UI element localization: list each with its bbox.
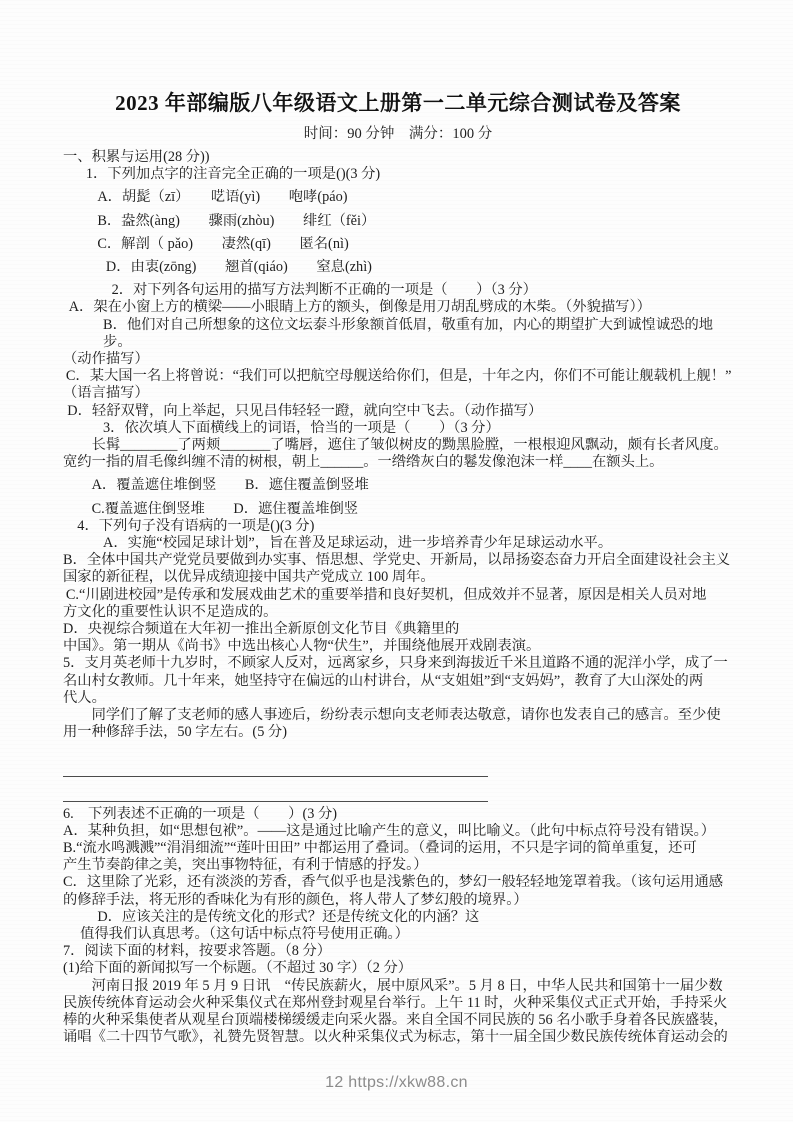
document-body: 一、积累与运用(28 分))1．下列加点字的注音完全正确的一项是()(3 分)A… <box>63 149 733 1046</box>
q3-passage-line-2: 宽约一指的眉毛像纠缠不清的树根，朝上______。一绺绺灰白的鬈发像泡沫一样__… <box>63 454 733 471</box>
emphasis-dotted-char: 匿 <box>299 236 313 252</box>
q4-option-b: B．全体中国共产党党员要做到办实事、悟思想、学党史、开新局，以昂扬姿态奋力开启全… <box>63 552 733 569</box>
q4-option-c-cont: 方文化的重要性认识不足造成的。 <box>63 604 733 621</box>
q2-option-c: C．某大国一名上将曾说：“我们可以把航空母舰送给你们，但是，十年之内，你们不可能… <box>63 368 733 385</box>
q7-material-line-2: 民族传统体育运动会火种采集仪式在郑州登封观星台举行。上午 11 时，火种采集仪式… <box>63 995 733 1012</box>
q1-option-c: C．解剖（ pǎo) 凄然(qī) 匿名(nì) <box>63 236 733 253</box>
emphasis-dotted-char: 翘 <box>225 259 239 275</box>
exam-meta: 时间：90 分钟 满分：100 分 <box>63 125 733 143</box>
emphasis-dotted-char: 咆 <box>289 189 303 205</box>
q6-option-b-cont: 产生节奏韵律之美，突出事物特征，有利于情感的抒发。） <box>63 857 733 874</box>
emphasis-dotted-char: 衷 <box>145 259 159 275</box>
emphasis-dotted-char: 凄 <box>222 236 236 252</box>
emphasis-dotted-char: 剖 <box>135 236 149 252</box>
section-1-heading: 一、积累与运用(28 分)) <box>63 149 733 166</box>
q3-option-cd: C.覆盖遮住倒竖堆 D．遮住覆盖堆倒竖 <box>63 501 733 518</box>
question-7-stem: 7．阅读下面的材料，按要求答题。（8 分） <box>63 943 733 960</box>
q2-option-d: D．轻舒双臂，向上举起，只见吕伟轻轻一蹬，就向空中飞去。（动作描写） <box>63 403 733 420</box>
question-2-stem: 2．对下列各句运用的描写方法判断不正确的一项是（ ）（3 分） <box>63 282 733 299</box>
emphasis-dotted-char: 髭 <box>136 189 150 205</box>
q3-passage-line-1: 长髯________了两颊_______了嘴唇，遮住了皱似树皮的黝黑脸膛，一根根… <box>63 437 733 454</box>
exam-page: 2023 年部编版八年级语文上册第一二单元综合测试卷及答案 时间：90 分钟 满… <box>0 0 793 1122</box>
question-5-line-1: 5．支月英老师十九岁时，不顾家人反对，远离家乡，只身来到海拔近千米且道路不通的泥… <box>63 655 733 672</box>
q6-option-b: B.“流水鸣溅溅”“涓涓细流”“莲叶田田” 中都运用了叠词。（叠词的运用，不只是… <box>63 840 733 857</box>
q4-option-d-cont: 中国》。第一期从《尚书》中选出核心人物“伏生”，并围绕他展开戏剧表演。 <box>63 638 733 655</box>
q1-option-b: B．盎然(àng) 骤雨(zhòu) 绯红（fěi） <box>63 213 733 230</box>
question-5-line-4: 同学们了解了支老师的感人事迹后，纷纷表示想向支老师表达敬意，请你也发表自己的感言… <box>63 707 733 724</box>
q7-sub-question-1: (1)给下面的新闻拟写一个标题。（不超过 30 字）（2 分） <box>63 960 733 977</box>
question-5-line-5: 用一种修辞手法，50 字左右。(5 分) <box>63 724 733 741</box>
question-4-stem: 4．下列句子没有语病的一项是()(3 分) <box>63 518 733 535</box>
q1-option-d: D．由衷(zōng) 翘首(qiáo) 窒息(zhì) <box>63 259 733 276</box>
emphasis-dotted-char: 呓 <box>211 189 225 205</box>
emphasis-dotted-char: 窒 <box>316 259 330 275</box>
q4-option-c: C.“川剧进校园”是传承和发展戏曲艺术的重要举措和良好契机，但成效并不显著，原因… <box>63 587 733 604</box>
q6-option-c: C．这里除了光彩，还有淡淡的芳香，香气似乎也是浅紫色的，梦幻一般轻轻地笼罩着我。… <box>63 874 733 891</box>
q2-option-a: A．架在小窗上方的横梁——小眼睛上方的额头，倒像是用刀胡乱劈成的木柴。（外貌描写… <box>63 299 733 316</box>
q3-option-ab: A．覆盖遮住堆倒竖 B．遮住覆盖倒竖堆 <box>63 477 733 494</box>
document-title: 2023 年部编版八年级语文上册第一二单元综合测试卷及答案 <box>63 90 733 116</box>
q6-option-d: D．应该关注的是传统文化的形式？还是传统文化的内涵？这 <box>63 909 733 926</box>
q4-option-d: D．央视综合频道在大年初一推出全新原创文化节目《典籍里的 <box>63 621 733 638</box>
answer-blank-line-2 <box>63 777 488 802</box>
q2-option-b: B．他们对自己所想象的这位文坛泰斗形象额首低眉，敬重有加，内心的期望扩大到诚惶诚… <box>63 317 733 351</box>
q6-option-d-cont: 值得我们认真思考。（这句话中标点符号使用正确。） <box>63 926 733 943</box>
q7-material-line-1: 河南日报 2019 年 5 月 9 日讯 “传民族薪火，展中原风采”。5 月 8… <box>63 978 733 995</box>
page-footer: 12 https://xkw88.cn <box>0 1074 793 1092</box>
q4-option-b-cont: 国家的新征程，以优异成绩迎接中国共产党成立 100 周年。 <box>63 569 733 586</box>
emphasis-dotted-char: 盎 <box>121 213 135 229</box>
answer-blank-line-1 <box>63 752 488 777</box>
emphasis-dotted-char: 绯 <box>303 213 317 229</box>
q7-material-line-3: 棒的火种采集使者从观星台顶端楼梯缓缓走向采火器。来自全国不同民族的 56 名小歌… <box>63 1012 733 1029</box>
question-5-line-3: 代人。 <box>63 690 733 707</box>
q1-option-a: A．胡髭（zī） 呓语(yì) 咆哮(páo) <box>63 189 733 206</box>
q2-option-b-cont: （动作描写） <box>63 351 733 368</box>
question-5-line-2: 名山村女教师。几十年来，她坚持守在偏远的山村讲台，从“支姐姐”到“支妈妈”，教育… <box>63 673 733 690</box>
q6-option-a: A．某种负担，如“思想包袱”。——这是通过比喻产生的意义，叫比喻义。（此句中标点… <box>63 823 733 840</box>
q2-option-c-cont: （语言描写） <box>63 385 733 402</box>
question-6-stem: 6. 下列表述不正确的一项是（ ）(3 分) <box>63 806 733 823</box>
emphasis-dotted-char: 骤 <box>209 213 223 229</box>
q4-option-a: A．实施“校园足球计划”，旨在普及足球运动，进一步培养青少年足球运动水平。 <box>63 535 733 552</box>
question-1-stem: 1．下列加点字的注音完全正确的一项是()(3 分) <box>63 166 733 183</box>
question-3-stem: 3．依次填人下面横线上的词语，恰当的一项是（ ）（3 分） <box>63 420 733 437</box>
q6-option-c-cont: 的修辞手法，将无形的香味化为有形的颜色，将人带人了梦幻般的境界。） <box>63 892 733 909</box>
q7-material-line-4: 诵唱《二十四节气歌》，礼赞先贤智慧。以火种采集仪式为标志，第十一届全国少数民族传… <box>63 1029 733 1046</box>
